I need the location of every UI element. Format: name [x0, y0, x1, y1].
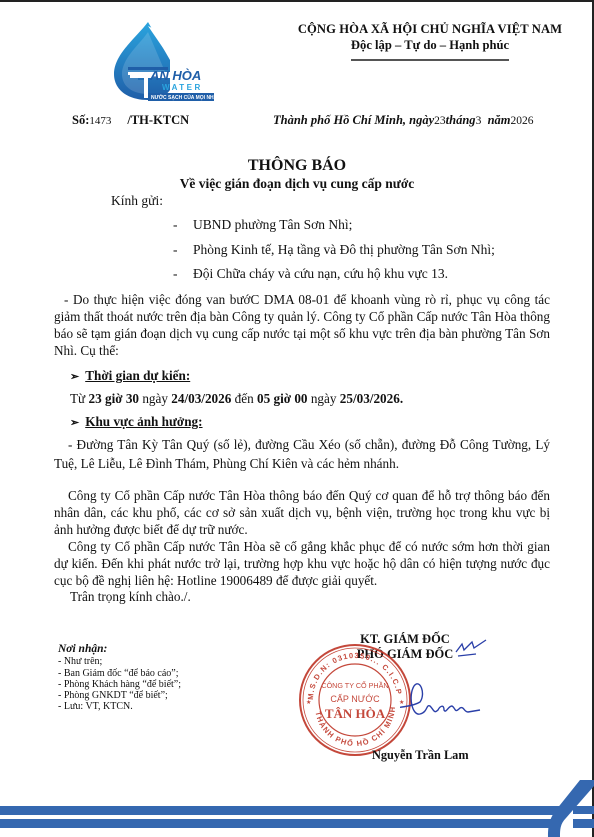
distribution-heading: Nơi nhận: [58, 644, 181, 655]
document-subtitle: Về việc gián đoạn dịch vụ cung cấp nước [0, 176, 594, 192]
recipient-text: UBND phường Tân Sơn Nhì; [193, 217, 352, 232]
page-border-top [0, 0, 594, 2]
recipient-item: -Phòng Kinh tế, Hạ tầng và Đô thị phường… [173, 242, 495, 267]
company-stamp-icon: M.S.D.N: 0310350... C.I.C.P THÀNH PHỐ HỒ… [297, 642, 413, 758]
closing: Trân trọng kính chào./. [70, 589, 191, 605]
document-date: Thành phố Hồ Chí Minh, ngày23tháng3 năm2… [273, 113, 534, 128]
arrow-bullet-icon: ➢ [70, 370, 79, 383]
recipient-text: Đội Chữa cháy và cứu nạn, cứu hộ khu vực… [193, 266, 448, 281]
date-month: 3 [476, 115, 482, 127]
recipient-item: -Đội Chữa cháy và cứu nạn, cứu hộ khu vự… [173, 266, 495, 291]
section-area-heading: ➢Khu vực ảnh hưởng: [70, 414, 203, 430]
to-label: đến [235, 391, 254, 406]
company-logo: ÂN HÒA WATER NƯỚC SẠCH CỦA MỌI NHÀ [108, 20, 216, 102]
date-day: 23 [434, 115, 446, 127]
document-title: THÔNG BÁO [0, 157, 594, 175]
distribution-item: - Ban Giám đốc “để báo cáo”; [58, 668, 181, 679]
svg-text:CÔNG TY CỔ PHẦN: CÔNG TY CỔ PHẦN [321, 680, 388, 690]
ref-number: 1473 [89, 115, 111, 127]
footer-decoration [0, 780, 594, 837]
national-title: CỘNG HÒA XÃ HỘI CHỦ NGHĨA VIỆT NAM [280, 22, 580, 37]
outage-time: Từ 23 giờ 30 ngày 24/03/2026 đến 05 giờ … [70, 391, 403, 407]
distribution-item: - Phòng GNKDT “để biết”; [58, 690, 181, 701]
section-time-heading: ➢Thời gian dự kiến: [70, 368, 190, 384]
ref-suffix: /TH-KTCN [127, 113, 189, 127]
recipient-text: Phòng Kinh tế, Hạ tầng và Đô thị phường … [193, 242, 495, 257]
date-year-label: năm [488, 113, 511, 127]
to-time: 05 giờ 00 [257, 391, 308, 406]
distribution-item: - Phòng Khách hàng “để biết”; [58, 679, 181, 690]
national-motto: Độc lập – Tự do – Hạnh phúc [280, 38, 580, 53]
svg-text:TÂN HÒA: TÂN HÒA [325, 706, 386, 721]
to-day-label: ngày [311, 391, 337, 406]
date-place: Thành phố Hồ Chí Minh, ngày [273, 113, 434, 127]
to-date: 25/03/2026. [340, 391, 403, 406]
initial-mark-icon [452, 636, 492, 660]
affected-area: - Đường Tân Kỳ Tân Quý (số lẻ), đường Cầ… [54, 436, 550, 473]
ref-label: Số: [72, 113, 89, 127]
notice-paragraph: Công ty Cổ phần Cấp nước Tân Hòa thông b… [54, 487, 550, 538]
recipient-list: -UBND phường Tân Sơn Nhì; -Phòng Kinh tế… [173, 217, 495, 291]
from-label: Từ [70, 391, 85, 406]
date-month-label: tháng [446, 113, 476, 127]
hotline-paragraph: Công ty Cổ phần Cấp nước Tân Hòa sẽ cố g… [54, 538, 550, 589]
greeting: Kính gửi: [111, 193, 163, 209]
distribution-item: - Như trên; [58, 656, 181, 667]
section-heading-text: Khu vực ảnh hưởng: [85, 414, 202, 429]
svg-text:NƯỚC SẠCH CỦA MỌI NHÀ: NƯỚC SẠCH CỦA MỌI NHÀ [151, 93, 216, 101]
document-number: Số:1473/TH-KTCN [72, 113, 189, 128]
svg-text:WATER: WATER [162, 83, 203, 92]
from-date: 24/03/2026 [171, 391, 231, 406]
distribution-item: - Lưu: VT, KTCN. [58, 701, 181, 712]
header-underline [351, 59, 509, 61]
intro-paragraph: - Do thực hiện việc đóng van bướC DMA 08… [54, 291, 550, 359]
date-year: 2026 [511, 115, 534, 127]
distribution-list: Nơi nhận: - Như trên; - Ban Giám đốc “để… [58, 644, 181, 713]
from-day-label: ngày [142, 391, 168, 406]
handwritten-signature-icon [400, 676, 500, 736]
national-header: CỘNG HÒA XÃ HỘI CHỦ NGHĨA VIỆT NAM Độc l… [280, 22, 580, 61]
svg-text:ÂN HÒA: ÂN HÒA [149, 68, 201, 83]
signer-name: Nguyễn Trần Lam [372, 748, 469, 763]
section-heading-text: Thời gian dự kiến: [85, 368, 190, 383]
from-time: 23 giờ 30 [89, 391, 140, 406]
recipient-item: -UBND phường Tân Sơn Nhì; [173, 217, 495, 242]
svg-text:CẤP NƯỚC: CẤP NƯỚC [330, 694, 380, 704]
arrow-bullet-icon: ➢ [70, 416, 79, 429]
svg-text:★: ★ [306, 699, 311, 706]
